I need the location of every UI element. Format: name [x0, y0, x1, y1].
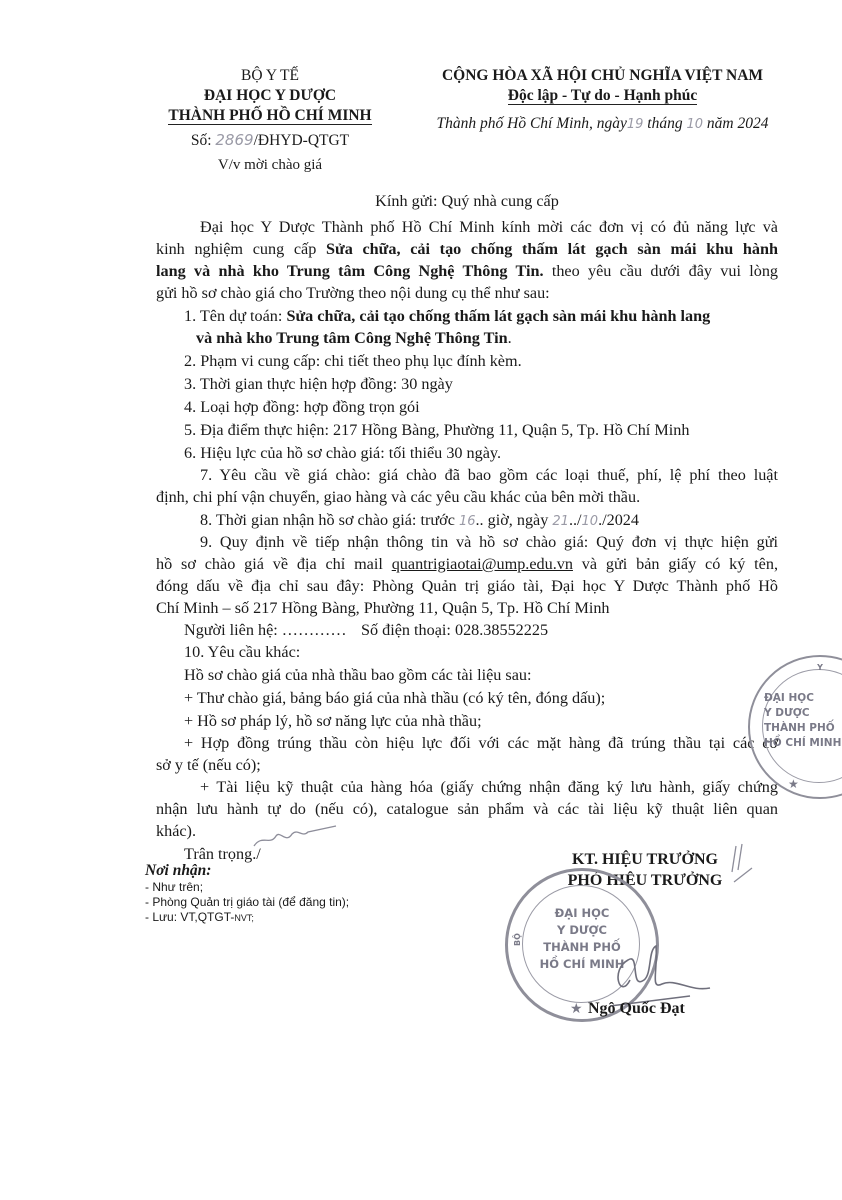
- approval-mark-icon: [728, 842, 758, 892]
- item-1-end: .: [508, 329, 512, 347]
- ministry-name: BỘ Y TẾ: [150, 66, 390, 86]
- university-name-line1: ĐẠI HỌC Y DƯỢC: [150, 86, 390, 106]
- doc-number-label: Số:: [191, 132, 212, 149]
- salutation: Kính gửi: Quý nhà cung cấp: [156, 192, 778, 211]
- item-4: 4. Loại hợp đồng: hợp đồng trọn gói: [184, 398, 806, 417]
- item-9-pre: hồ sơ chào giá về địa chỉ mail: [156, 555, 392, 573]
- contact-phone: Số điện thoại: 028.38552225: [361, 621, 661, 640]
- stamp-side-text: BỘ: [513, 933, 522, 946]
- item-9-line-4: Chí Minh – số 217 Hồng Bàng, Phường 11, …: [156, 599, 778, 618]
- stamp-margin-line2: Y DƯỢC: [764, 706, 842, 721]
- recipient-3-text: - Lưu: VT,QTGT-: [145, 910, 234, 924]
- item-10-c-line-1: + Hợp đồng trúng thầu còn hiệu lực đối v…: [156, 734, 778, 753]
- item-1: 1. Tên dự toán: Sửa chữa, cải tạo chống …: [184, 307, 806, 326]
- email-link[interactable]: quantrigiaotai@ump.edu.vn: [392, 555, 573, 573]
- date-year: năm 2024: [707, 115, 769, 132]
- signature-title-line1: KT. HIỆU TRƯỞNG: [555, 849, 735, 870]
- intro-project-title: Sửa chữa, cải tạo chống thấm lát gạch sà…: [326, 240, 778, 258]
- intro-line-4: gửi hồ sơ chào giá cho Trường theo nội d…: [156, 284, 778, 303]
- intro-line-2: kinh nghiệm cung cấp Sửa chữa, cải tạo c…: [156, 240, 778, 259]
- stamp-star-icon: ★: [570, 1001, 583, 1017]
- stamp-line2: Y DƯỢC: [508, 922, 656, 939]
- item-6: 6. Hiệu lực của hồ sơ chào giá: tối thiể…: [184, 444, 806, 463]
- item-1-label: 1. Tên dự toán:: [184, 307, 286, 325]
- item-8: 8. Thời gian nhận hồ sơ chào giá: trước …: [200, 511, 822, 530]
- item-10-intro: Hồ sơ chào giá của nhà thầu bao gồm các …: [184, 666, 806, 685]
- deadline-month-handwritten: 10: [582, 514, 599, 529]
- nation-name: CỘNG HÒA XÃ HỘI CHỦ NGHĨA VIỆT NAM: [420, 66, 785, 86]
- deadline-day-handwritten: 21: [552, 514, 569, 529]
- date-month-label: tháng: [647, 115, 682, 132]
- date-day-handwritten: 19: [627, 117, 644, 132]
- doc-number-handwritten: 2869: [215, 131, 253, 149]
- recipient-2: - Phòng Quản trị giáo tài (để đăng tin);: [145, 895, 349, 910]
- item-2: 2. Phạm vi cung cấp: chi tiết theo phụ l…: [184, 352, 806, 371]
- recipient-3-initials: NVT;: [234, 913, 254, 923]
- header-left: BỘ Y TẾ ĐẠI HỌC Y DƯỢC THÀNH PHỐ HỒ CHÍ …: [150, 66, 390, 175]
- document-date: Thành phố Hồ Chí Minh, ngày19 tháng 10 n…: [420, 114, 785, 135]
- initials-signature-icon: [250, 824, 340, 850]
- item-8-label: 8. Thời gian nhận hồ sơ chào giá: trước: [200, 511, 459, 529]
- intro-plain-cont: theo yêu cầu dưới đây vui lòng: [544, 262, 778, 280]
- stamp-margin-line1: ĐẠI HỌC: [764, 691, 842, 706]
- stamp-margin-top-text: Y: [750, 663, 842, 672]
- document-number: Số: 2869/ĐHYD-QTGT: [150, 130, 390, 151]
- intro-line-1: Đại học Y Dược Thành phố Hồ Chí Minh kín…: [156, 218, 778, 237]
- recipient-1: - Như trên;: [145, 880, 349, 895]
- item-9-post: và gửi bản giấy có ký tên,: [573, 555, 778, 573]
- item-7-line-1: 7. Yêu cầu về giá chào: giá chào đã bao …: [156, 466, 778, 485]
- item-3: 3. Thời gian thực hiện hợp đồng: 30 ngày: [184, 375, 806, 394]
- recipients: Nơi nhận: - Như trên; - Phòng Quản trị g…: [145, 862, 349, 926]
- stamp-margin-star-icon: ★: [788, 777, 799, 791]
- item-10-d-line-1: + Tài liệu kỹ thuật của hàng hóa (giấy c…: [156, 778, 778, 797]
- header-right: CỘNG HÒA XÃ HỘI CHỦ NGHĨA VIỆT NAM Độc l…: [420, 66, 785, 135]
- university-name-line2: THÀNH PHỐ HỒ CHÍ MINH: [150, 106, 390, 126]
- intro-project-title-cont: lang và nhà kho Trung tâm Công Nghệ Thôn…: [156, 262, 544, 280]
- date-month-handwritten: 10: [686, 117, 703, 132]
- deadline-year: /2024: [602, 511, 639, 529]
- recipient-3: - Lưu: VT,QTGT-NVT;: [145, 910, 349, 926]
- item-10-a: + Thư chào giá, bảng báo giá của nhà thầ…: [184, 689, 806, 708]
- item-9-line-2: hồ sơ chào giá về địa chỉ mail quantrigi…: [156, 555, 778, 574]
- item-10-b: + Hồ sơ pháp lý, hồ sơ năng lực của nhà …: [184, 712, 806, 731]
- item-10-c-line-2: sở y tế (nếu có);: [156, 756, 778, 775]
- item-1-title-cont: và nhà kho Trung tâm Công Nghệ Thông Tin: [196, 329, 508, 347]
- item-9-line-3: đóng dấu về địa chỉ sau đây: Phòng Quản …: [156, 577, 778, 596]
- item-1-cont: và nhà kho Trung tâm Công Nghệ Thông Tin…: [196, 329, 818, 348]
- item-10-d-line-2: nhận lưu hành tự do (nếu có), catalogue …: [156, 800, 778, 819]
- recipients-title: Nơi nhận:: [145, 862, 349, 880]
- deadline-hour-handwritten: 16: [459, 514, 476, 529]
- item-7-line-2: định, chi phí vận chuyển, giao hàng và c…: [156, 488, 778, 507]
- university-name-text: THÀNH PHỐ HỒ CHÍ MINH: [168, 107, 371, 125]
- stamp-line1: ĐẠI HỌC: [508, 905, 656, 922]
- item-9-line-1: 9. Quy định về tiếp nhận thông tin và hồ…: [156, 533, 778, 552]
- intro-line-3: lang và nhà kho Trung tâm Công Nghệ Thôn…: [156, 262, 778, 281]
- date-prefix: Thành phố Hồ Chí Minh, ngày: [437, 115, 627, 132]
- item-10: 10. Yêu cầu khác:: [184, 643, 806, 662]
- stamp-margin-line3: THÀNH PHỐ: [764, 721, 842, 736]
- stamp-margin-line4: HỒ CHÍ MINH: [764, 736, 842, 751]
- national-motto: Độc lập - Tự do - Hạnh phúc: [420, 86, 785, 106]
- motto-text: Độc lập - Tự do - Hạnh phúc: [508, 87, 697, 105]
- item-5: 5. Địa điểm thực hiện: 217 Hồng Bàng, Ph…: [184, 421, 806, 440]
- item-1-title: Sửa chữa, cải tạo chống thấm lát gạch sà…: [286, 307, 710, 325]
- document-subject: V/v mời chào giá: [150, 155, 390, 175]
- intro-plain: kinh nghiệm cung cấp: [156, 240, 326, 258]
- doc-number-suffix: /ĐHYD-QTGT: [254, 132, 350, 149]
- item-8-mid: giờ, ngày: [484, 511, 553, 529]
- signer-name: Ngô Quốc Đạt: [588, 1000, 685, 1018]
